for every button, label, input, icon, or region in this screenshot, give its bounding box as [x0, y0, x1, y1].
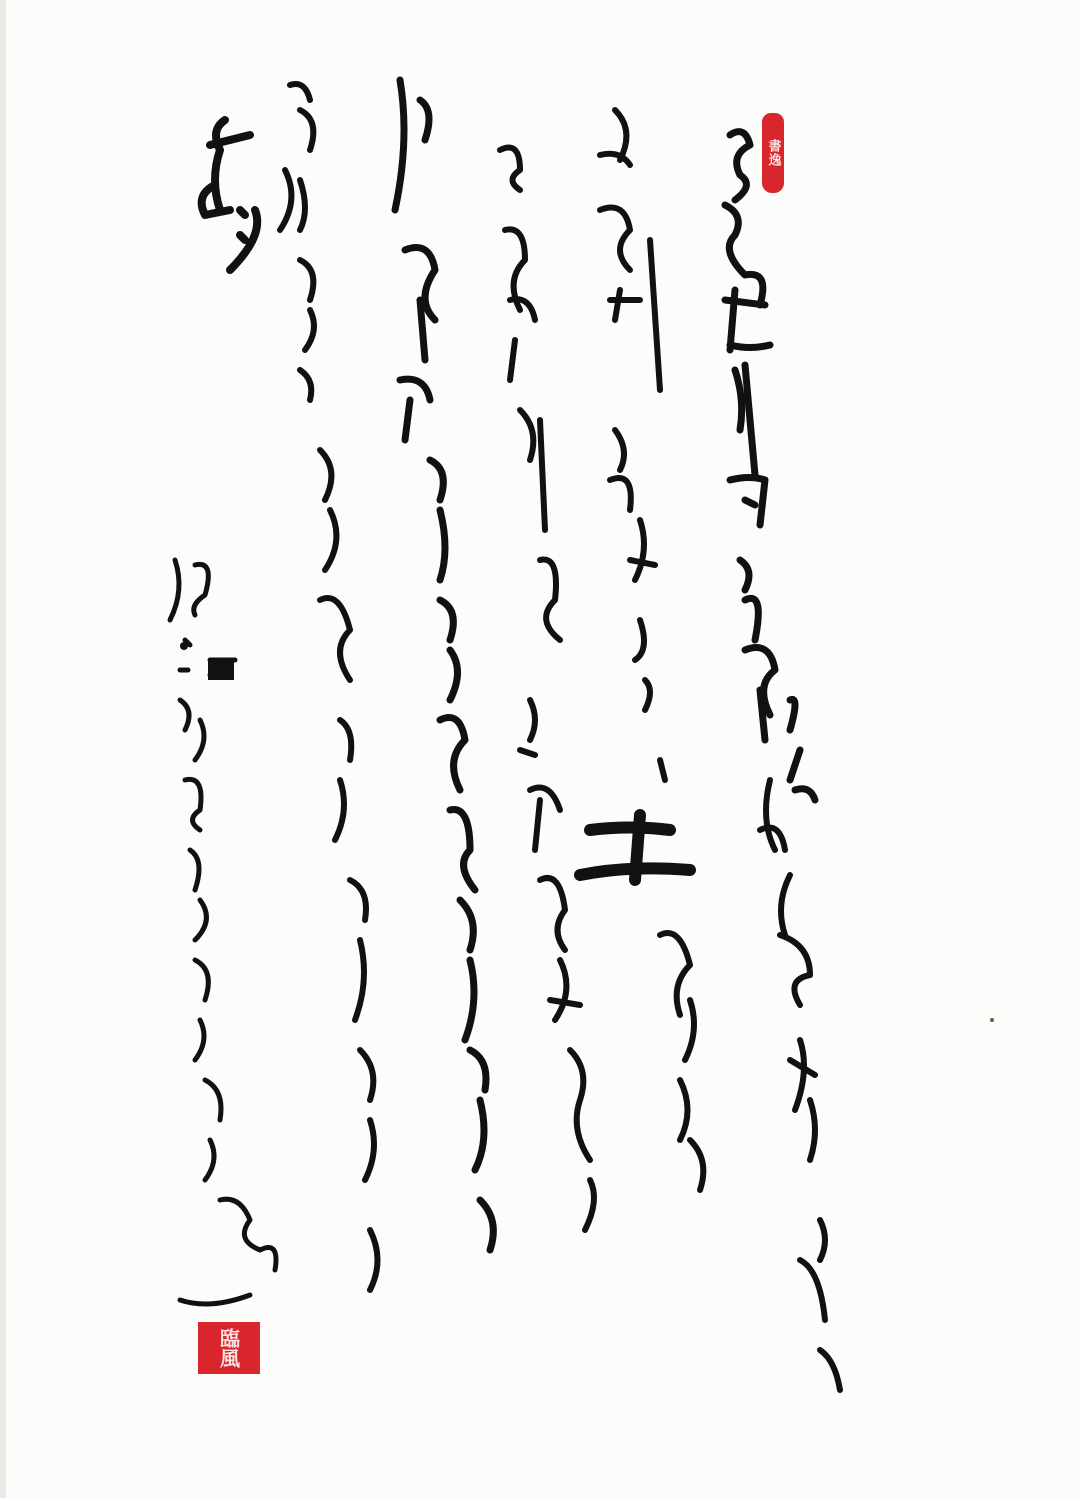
name-seal-top: 書逸: [762, 113, 784, 193]
column-4: [395, 80, 493, 1250]
column-1: [725, 132, 815, 800]
name-seal-bottom: 臨風: [198, 1322, 260, 1374]
paper-speck: [990, 1018, 994, 1022]
column-3: [500, 148, 594, 1231]
column-6: [202, 120, 258, 270]
column-5: [280, 84, 378, 1290]
calligraphy-ink: [0, 0, 1080, 1498]
column-2: [600, 110, 703, 1190]
